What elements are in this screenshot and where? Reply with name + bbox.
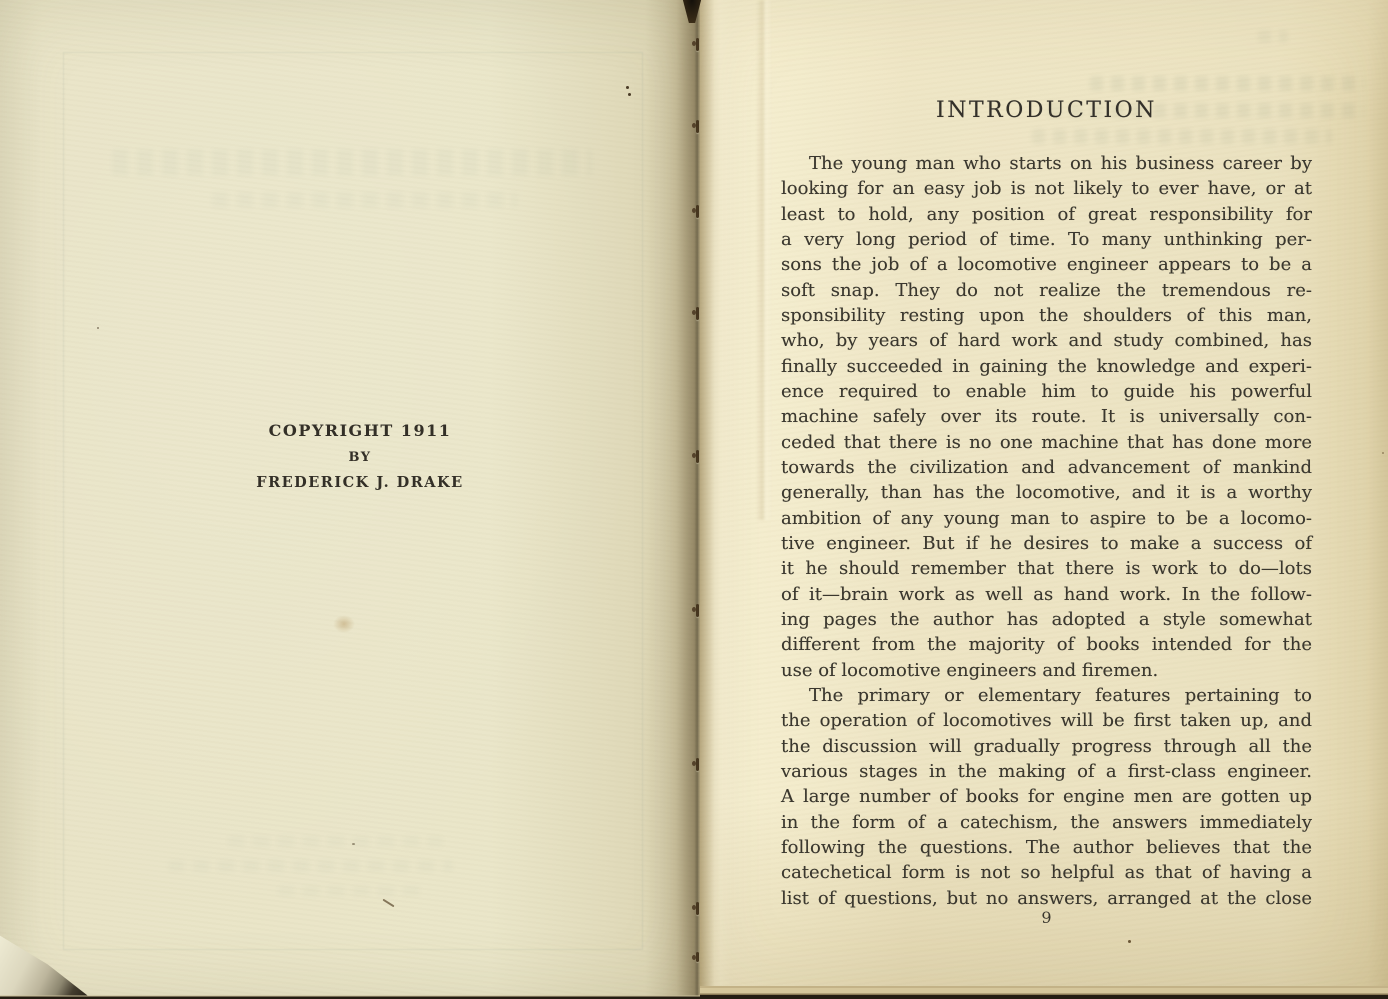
copyright-by: BY [235,450,485,465]
showthrough-page-number [1258,30,1288,43]
ink-speck [1128,940,1131,943]
right-page: INTRODUCTION The young man who starts on… [700,0,1388,999]
ink-speck [628,93,631,96]
text-line: ambition of any young man to aspire to b… [781,506,1312,531]
text-line: The young man who starts on his business… [781,151,1312,176]
text-line: The primary or elementary features perta… [781,683,1312,708]
ink-speck [626,86,629,89]
text-line: use of locomotive engineers and firemen. [781,658,1312,683]
ink-speck [1382,452,1384,454]
text-line: generally, than has the locomotive, and … [781,480,1312,505]
page-crease [756,0,772,520]
book-spread: COPYRIGHT 1911 BY FREDERICK J. DRAKE INT… [0,0,1388,999]
text-line: it he should remember that there is work… [781,556,1312,581]
body-text: The young man who starts on his business… [781,151,1312,911]
left-page: COPYRIGHT 1911 BY FREDERICK J. DRAKE [0,0,700,999]
text-line: A large number of books for engine men a… [781,784,1312,809]
text-line: catechetical form is not so helpful as t… [781,860,1312,885]
text-line: who, by years of hard work and study com… [781,328,1312,353]
text-line: ceded that there is no one machine that … [781,430,1312,455]
ink-speck [352,843,355,845]
text-line: tive engineer. But if he desires to make… [781,531,1312,556]
text-line: in the form of a catechism, the answers … [781,810,1312,835]
paper-stain [333,615,355,633]
text-line: towards the civilization and advancement… [781,455,1312,480]
text-line: finally succeeded in gaining the knowled… [781,354,1312,379]
text-line: ing pages the author has adopted a style… [781,607,1312,632]
text-line: looking for an easy job is not likely to… [781,176,1312,201]
text-line: different from the majority of books int… [781,632,1312,657]
showthrough-frame [63,52,643,950]
copyright-author: FREDERICK J. DRAKE [235,474,485,491]
text-line: ence required to enable him to guide his… [781,379,1312,404]
text-line: least to hold, any position of great res… [781,202,1312,227]
chapter-heading: INTRODUCTION [781,98,1312,123]
copyright-line: COPYRIGHT 1911 [235,421,485,440]
page-bottom-edge [0,993,700,999]
text-line: a very long period of time. To many unth… [781,227,1312,252]
text-line: soft snap. They do not realize the treme… [781,278,1312,303]
page-number: 9 [781,908,1312,927]
text-line: the discussion will gradually progress t… [781,734,1312,759]
ink-speck [97,327,99,329]
page-bottom-edge [700,983,1388,999]
text-line: the operation of locomotives will be fir… [781,708,1312,733]
text-line: machine safely over its route. It is uni… [781,404,1312,429]
text-line: of it—brain work as well as hand work. I… [781,582,1312,607]
showthrough-text-line [1032,129,1332,144]
ink-speck [1290,593,1293,595]
text-line: following the questions. The author beli… [781,835,1312,860]
text-line: sponsibility resting upon the shoulders … [781,303,1312,328]
showthrough-text-line [1090,76,1364,91]
text-line: sons the job of a locomotive engineer ap… [781,252,1312,277]
copyright-block: COPYRIGHT 1911 BY FREDERICK J. DRAKE [235,421,485,491]
text-line: various stages in the making of a first-… [781,759,1312,784]
